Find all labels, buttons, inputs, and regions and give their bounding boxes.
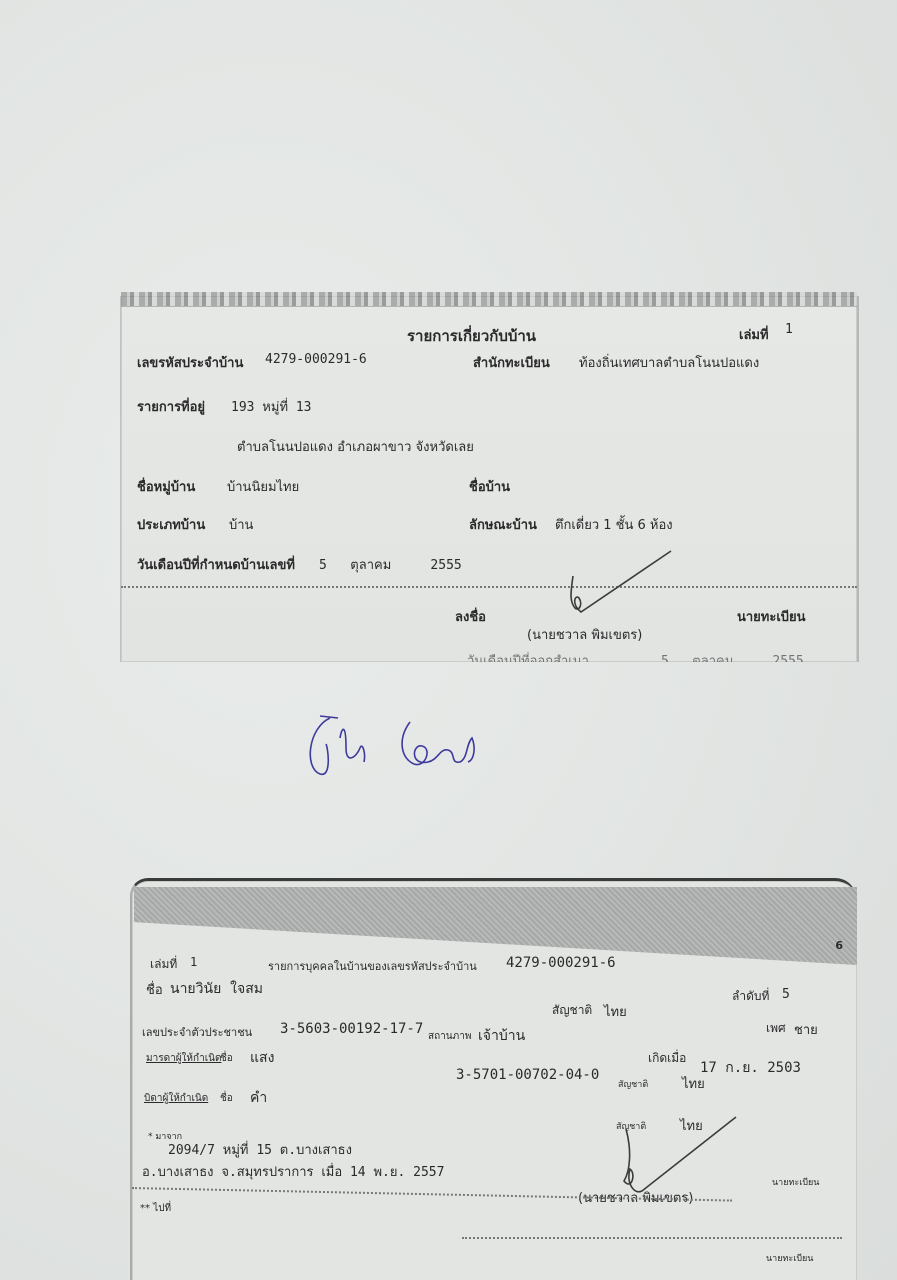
gender-value: ชาย	[794, 1019, 818, 1040]
house-type-value: บ้าน	[229, 514, 253, 535]
shaded-header	[134, 887, 857, 965]
registrar-name: (นายชวาล พิมเขตร)	[527, 624, 642, 645]
house-style-label: ลักษณะบ้าน	[469, 514, 537, 535]
sign-label: ลงชื่อ	[455, 606, 486, 627]
assigned-date-label: วันเดือนปีที่กำหนดบ้านเลขที่	[137, 554, 295, 575]
birth-label: เกิดเมื่อ	[648, 1049, 686, 1068]
page-number: 6	[835, 939, 843, 952]
torn-edge	[121, 292, 857, 307]
name-value: นายวินัย ใจสม	[170, 978, 263, 1000]
issue-date-label: วันเดือนปีที่ออกสำเนา	[467, 650, 589, 662]
clipped-issue-date-row: วันเดือนปีที่ออกสำเนา 5 ตุลาคม 2555	[451, 648, 857, 662]
order-label: ลำดับที่	[732, 987, 769, 1006]
house-code-value: 4279-000291-6	[265, 352, 367, 367]
person-record-card: 6 เล่มที่ 1 รายการบุคคลในบ้านของเลขรหัสป…	[130, 878, 857, 1280]
person-record-title: รายการบุคคลในบ้านของเลขรหัสประจำบ้าน	[268, 957, 477, 975]
nationality-label: สัญชาติ	[552, 1001, 592, 1020]
mother-name-value: แสง	[250, 1047, 274, 1069]
mother-nationality-value: ไทย	[682, 1073, 705, 1094]
birth-date-value: 17 ก.ย. 2503	[700, 1057, 801, 1079]
volume-value: 1	[785, 322, 793, 337]
house-record-card: รายการเกี่ยวกับบ้าน เล่มที่ 1 เลขรหัสประ…	[120, 296, 859, 662]
name-label: ชื่อ	[146, 979, 163, 1000]
registrar-title-2: นายทะเบียน	[766, 1251, 813, 1265]
handwritten-signature-icon: วินัย ใจสม	[300, 708, 500, 778]
house-code-label: เลขรหัสประจำบ้าน	[137, 352, 243, 373]
village-value: บ้านนิยมไทย	[227, 476, 299, 497]
registrar-title: นายทะเบียน	[737, 606, 806, 627]
house-name-label: ชื่อบ้าน	[469, 476, 510, 497]
father-name-value: คำ	[250, 1087, 267, 1109]
father-name-label: ชื่อ	[220, 1091, 233, 1106]
moved-to-label: ** ไปที่	[140, 1201, 171, 1216]
registry-office-label: สำนักทะเบียน	[473, 352, 550, 373]
assigned-date-value: 5 ตุลาคม 2555	[319, 554, 462, 575]
house-style-value: ตึกเดี่ยว 1 ชั้น 6 ห้อง	[555, 514, 673, 535]
id-label: เลขประจำตัวประชาชน	[142, 1023, 252, 1041]
status-label: สถานภาพ	[428, 1029, 471, 1044]
registrar-signature-icon	[612, 1111, 742, 1201]
id-value: 3-5603-00192-17-7	[280, 1021, 423, 1037]
status-value: เจ้าบ้าน	[478, 1025, 525, 1047]
order-value: 5	[782, 987, 790, 1002]
address-line1: 193 หมู่ที่ 13	[231, 396, 312, 417]
gender-label: เพศ	[766, 1019, 786, 1038]
moved-from-line1: 2094/7 หมู่ที่ 15 ต.บางเสาธง	[168, 1139, 352, 1160]
village-label: ชื่อหมู่บ้าน	[137, 476, 195, 497]
registry-office-value: ท้องถิ่นเทศบาลตำบลโนนปอแดง	[579, 352, 759, 373]
mother-id-value: 3-5701-00702-04-0	[456, 1067, 599, 1083]
house-type-label: ประเภทบ้าน	[137, 514, 205, 535]
mother-nationality-label: สัญชาติ	[618, 1077, 648, 1091]
volume-value: 1	[190, 955, 197, 969]
volume-label: เล่มที่	[739, 324, 769, 345]
issue-date-value: 5 ตุลาคม 2555	[661, 650, 804, 662]
registrar-signature-icon	[561, 546, 681, 626]
volume-label: เล่มที่	[150, 955, 177, 974]
divider	[121, 586, 857, 588]
registrar-title: นายทะเบียน	[772, 1175, 819, 1189]
address-line2: ตำบลโนนปอแดง อำเภอผาขาว จังหวัดเลย	[237, 436, 474, 457]
house-code-value: 4279-000291-6	[506, 955, 616, 971]
moved-from-line2: อ.บางเสาธง จ.สมุทรปราการ เมื่อ 14 พ.ย. 2…	[142, 1161, 444, 1182]
divider	[462, 1237, 842, 1239]
mother-name-label: ชื่อ	[220, 1051, 233, 1066]
house-record-title: รายการเกี่ยวกับบ้าน	[407, 324, 536, 348]
address-label: รายการที่อยู่	[137, 396, 205, 417]
mother-label: มารดาผู้ให้กำเนิด	[146, 1051, 221, 1066]
father-label: บิดาผู้ให้กำเนิด	[144, 1091, 208, 1106]
nationality-value: ไทย	[604, 1001, 627, 1022]
